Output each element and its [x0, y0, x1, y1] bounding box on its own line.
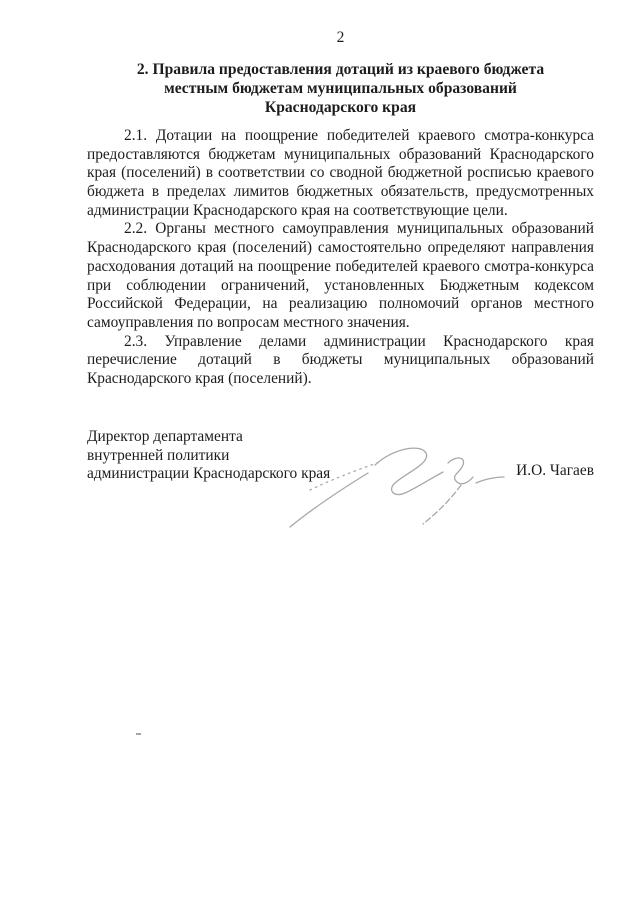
document-page: 2 2. Правила предоставления дотаций из к…	[0, 0, 640, 905]
paragraph-line: Российской Федерации, на реализацию полн…	[87, 295, 594, 314]
paragraph-2-2: 2.2. Органы местного самоуправления муни…	[87, 220, 594, 332]
heading-line: Краснодарского края	[87, 98, 594, 117]
paragraph-line: Краснодарского края (поселений) самостоя…	[87, 239, 594, 258]
paragraph-line: 2.2. Органы местного самоуправления муни…	[87, 220, 594, 239]
paragraph-line: края (поселений) в соответствии со сводн…	[87, 164, 594, 183]
paragraph-line: предоставляются бюджетам муниципальных о…	[87, 146, 594, 165]
paragraph-line: расходования дотаций на поощрение победи…	[87, 258, 594, 277]
paragraph-2-3: 2.3. Управление делами администрации Кра…	[87, 333, 594, 389]
section-heading: 2. Правила предоставления дотаций из кра…	[87, 60, 594, 117]
scan-artifact	[136, 733, 141, 735]
document-body: 2.1. Дотации на поощрение победителей кр…	[87, 127, 594, 389]
heading-line: 2. Правила предоставления дотаций из кра…	[87, 60, 594, 79]
page-number: 2	[87, 28, 594, 47]
signature-block: Директор департамента внутренней политик…	[87, 428, 594, 538]
paragraph-line: 2.1. Дотации на поощрение победителей кр…	[87, 127, 594, 146]
paragraph-2-1: 2.1. Дотации на поощрение победителей кр…	[87, 127, 594, 220]
signatory-name: И.О. Чагаев	[516, 462, 594, 481]
paragraph-line: Краснодарского края (поселений).	[87, 370, 594, 389]
heading-line: местным бюджетам муниципальных образован…	[87, 79, 594, 98]
paragraph-line: самоуправления по вопросам местного знач…	[87, 314, 594, 333]
paragraph-line: 2.3. Управление делами администрации Кра…	[87, 333, 594, 352]
paragraph-line: при соблюдении ограничений, установленны…	[87, 277, 594, 296]
handwritten-signature-mark	[280, 435, 530, 535]
paragraph-line: администрации Краснодарского края на соо…	[87, 202, 594, 221]
paragraph-line: перечисление дотаций в бюджеты муниципал…	[87, 351, 594, 370]
paragraph-line: бюджета в пределах лимитов бюджетных обя…	[87, 183, 594, 202]
